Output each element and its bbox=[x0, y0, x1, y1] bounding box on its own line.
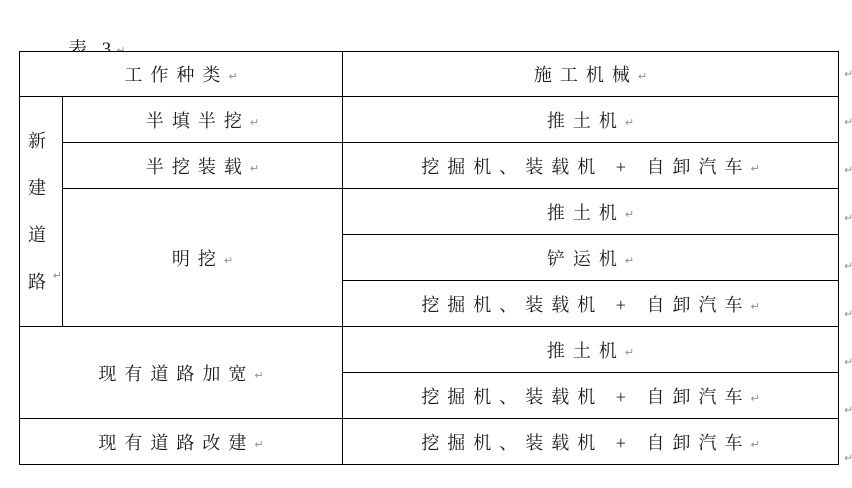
return-mark-icon: ↵ bbox=[228, 70, 237, 83]
return-mark-icon: ↵ bbox=[625, 116, 634, 129]
machine-text: 推土机 bbox=[547, 203, 625, 223]
work-text: 半填半挖 bbox=[146, 111, 250, 131]
cell-work-open-cut: 明挖↵ bbox=[63, 189, 343, 327]
category-char: 新 bbox=[20, 118, 62, 165]
return-mark-icon: ↵ bbox=[250, 116, 259, 129]
return-mark-icon: ↵ bbox=[53, 252, 62, 299]
cell-category-new-road: 新建道路↵ bbox=[20, 97, 63, 327]
machine-text: 推土机 bbox=[547, 341, 625, 361]
cell-work-widen-existing-road: 现有道路加宽↵ bbox=[20, 327, 343, 419]
cell-machine-excavator-loader-3: 挖掘机、装载机 + 自卸汽车↵ bbox=[343, 373, 839, 419]
category-char: 建 bbox=[20, 165, 62, 212]
row-end-mark-icon: ↵ bbox=[844, 164, 852, 177]
row-end-mark-icon: ↵ bbox=[844, 68, 852, 81]
row-end-mark-icon: ↵ bbox=[844, 116, 852, 129]
cell-machine-scraper: 铲运机↵ bbox=[343, 235, 839, 281]
return-mark-icon: ↵ bbox=[750, 162, 759, 175]
row-end-mark-icon: ↵ bbox=[844, 308, 852, 321]
header-work-type-text: 工作种类 bbox=[124, 65, 228, 85]
work-text: 现有道路改建 bbox=[98, 433, 254, 453]
row-end-mark-icon: ↵ bbox=[844, 404, 852, 417]
return-mark-icon: ↵ bbox=[750, 392, 759, 405]
category-char: 路↵ bbox=[20, 259, 62, 306]
return-mark-icon: ↵ bbox=[625, 254, 634, 267]
row-end-mark-icon: ↵ bbox=[844, 356, 852, 369]
machine-text: 挖掘机、装载机 + 自卸汽车 bbox=[421, 433, 750, 453]
cell-work-half-cut-loading: 半挖装载↵ bbox=[63, 143, 343, 189]
machine-text: 挖掘机、装载机 + 自卸汽车 bbox=[421, 387, 750, 407]
header-cell-work-type: 工作种类↵ bbox=[20, 52, 343, 97]
table-row: 工作种类↵ 施工机械↵ bbox=[20, 52, 839, 97]
construction-machinery-table: 工作种类↵ 施工机械↵ 新建道路↵ 半填半挖↵ 推土机↵ 半挖装载↵ 挖掘机、装… bbox=[19, 51, 839, 465]
row-end-mark-icon: ↵ bbox=[844, 212, 852, 225]
machine-text: 推土机 bbox=[547, 111, 625, 131]
document-page: 表 3↵ 工作种类↵ 施工机械↵ 新建道路↵ 半填半挖↵ 推土机↵ 半挖装载↵ … bbox=[0, 0, 852, 488]
return-mark-icon: ↵ bbox=[625, 208, 634, 221]
header-machinery-text: 施工机械 bbox=[534, 65, 638, 85]
table-row: 现有道路改建↵ 挖掘机、装载机 + 自卸汽车↵ bbox=[20, 419, 839, 465]
return-mark-icon: ↵ bbox=[224, 254, 233, 267]
cell-machine-excavator-loader-1: 挖掘机、装载机 + 自卸汽车↵ bbox=[343, 143, 839, 189]
machine-text: 铲运机 bbox=[547, 249, 625, 269]
cell-work-half-fill-half-cut: 半填半挖↵ bbox=[63, 97, 343, 143]
cell-machine-bulldozer-3: 推土机↵ bbox=[343, 327, 839, 373]
return-mark-icon: ↵ bbox=[250, 162, 259, 175]
table-row: 现有道路加宽↵ 推土机↵ bbox=[20, 327, 839, 373]
cell-machine-excavator-loader-2: 挖掘机、装载机 + 自卸汽车↵ bbox=[343, 281, 839, 327]
work-text: 明挖 bbox=[172, 249, 224, 269]
table-row: 明挖↵ 推土机↵ bbox=[20, 189, 839, 235]
row-end-mark-icon: ↵ bbox=[844, 452, 852, 465]
row-end-mark-icon: ↵ bbox=[844, 260, 852, 273]
cell-machine-excavator-loader-4: 挖掘机、装载机 + 自卸汽车↵ bbox=[343, 419, 839, 465]
table-row: 新建道路↵ 半填半挖↵ 推土机↵ bbox=[20, 97, 839, 143]
category-new-road-text: 新建道路↵ bbox=[20, 118, 62, 306]
cell-machine-bulldozer-2: 推土机↵ bbox=[343, 189, 839, 235]
return-mark-icon: ↵ bbox=[638, 70, 647, 83]
cell-work-rebuild-existing-road: 现有道路改建↵ bbox=[20, 419, 343, 465]
return-mark-icon: ↵ bbox=[750, 438, 759, 451]
machine-text: 挖掘机、装载机 + 自卸汽车 bbox=[421, 157, 750, 177]
return-mark-icon: ↵ bbox=[254, 369, 263, 382]
cell-machine-bulldozer-1: 推土机↵ bbox=[343, 97, 839, 143]
work-text: 现有道路加宽 bbox=[98, 364, 254, 384]
table-row: 半挖装载↵ 挖掘机、装载机 + 自卸汽车↵ bbox=[20, 143, 839, 189]
header-cell-machinery: 施工机械↵ bbox=[343, 52, 839, 97]
return-mark-icon: ↵ bbox=[254, 438, 263, 451]
return-mark-icon: ↵ bbox=[750, 300, 759, 313]
return-mark-icon: ↵ bbox=[625, 346, 634, 359]
work-text: 半挖装载 bbox=[146, 157, 250, 177]
machine-text: 挖掘机、装载机 + 自卸汽车 bbox=[421, 295, 750, 315]
